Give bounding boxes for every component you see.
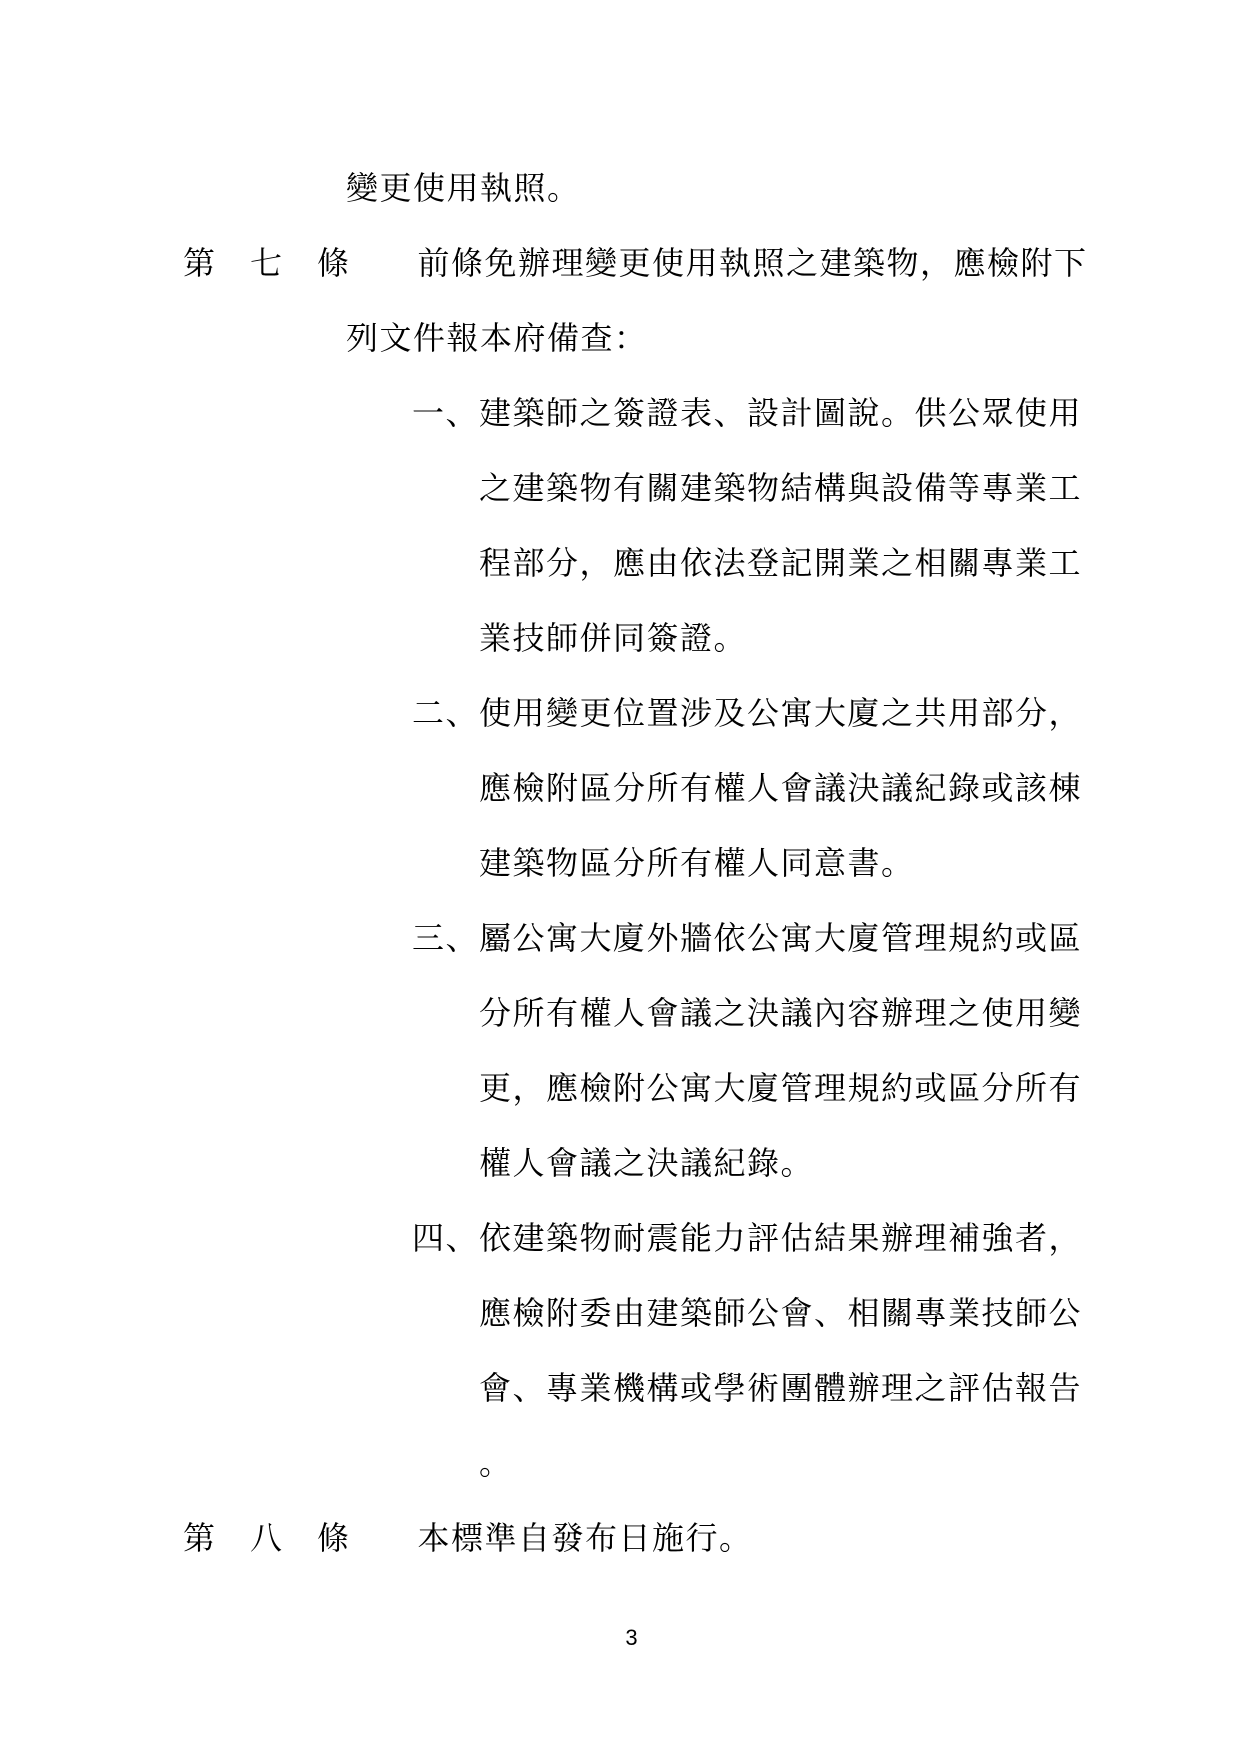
list-item-line: 二、使用變更位置涉及公寓大廈之共用部分，	[412, 697, 1082, 729]
article-heading-line: 第 七 條 前條免辦理變更使用執照之建築物，應檢附下	[183, 247, 1088, 279]
list-item-line: 三、屬公寓大廈外牆依公寓大廈管理規約或區	[412, 922, 1082, 954]
page-number: 3	[0, 1625, 1241, 1651]
list-item-line: 四、依建築物耐震能力評估結果辦理補強者，	[412, 1222, 1082, 1254]
paragraph-line: 列文件報本府備查：	[346, 322, 648, 354]
article-heading-line: 第 八 條 本標準自發布日施行。	[183, 1522, 753, 1554]
list-item-continuation-line: 應檢附委由建築師公會、相關專業技師公	[479, 1297, 1082, 1329]
list-item-continuation-line: 分所有權人會議之決議內容辦理之使用變	[479, 997, 1082, 1029]
paragraph-line: 變更使用執照。	[346, 172, 581, 204]
list-item-continuation-line: 。	[479, 1447, 513, 1479]
list-item-continuation-line: 應檢附區分所有權人會議決議紀錄或該棟	[479, 772, 1082, 804]
list-item-continuation-line: 之建築物有關建築物結構與設備等專業工	[479, 472, 1082, 504]
list-item-continuation-line: 程部分，應由依法登記開業之相關專業工	[479, 547, 1082, 579]
list-item-continuation-line: 權人會議之決議紀錄。	[479, 1147, 814, 1179]
list-item-continuation-line: 業技師併同簽證。	[479, 622, 747, 654]
list-item-line: 一、建築師之簽證表、設計圖說。供公眾使用	[412, 397, 1082, 429]
list-item-continuation-line: 會、專業機構或學術團體辦理之評估報告	[479, 1372, 1082, 1404]
document-page: 變更使用執照。第 七 條 前條免辦理變更使用執照之建築物，應檢附下列文件報本府備…	[0, 0, 1241, 1755]
list-item-continuation-line: 更，應檢附公寓大廈管理規約或區分所有	[479, 1072, 1082, 1104]
list-item-continuation-line: 建築物區分所有權人同意書。	[479, 847, 915, 879]
